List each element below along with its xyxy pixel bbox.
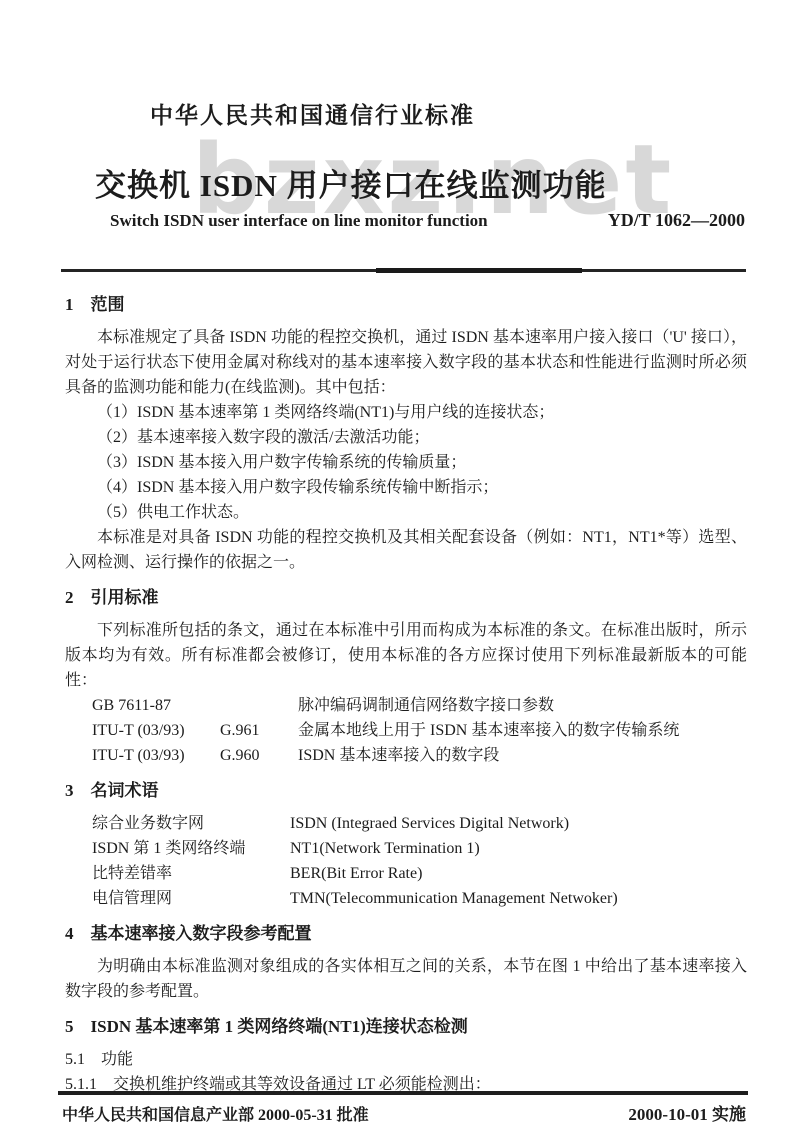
section-5-1-heading: 5.1 功能 xyxy=(65,1047,747,1072)
document-body: 1 范围 本标准规定了具备 ISDN 功能的程控交换机，通过 ISDN 基本速率… xyxy=(65,292,747,1097)
term-cn: 综合业务数字网 xyxy=(92,811,290,836)
footer: 中华人民共和国信息产业部 2000-05-31 批准 2000-10-01 实施 xyxy=(62,1100,746,1125)
term-cn: ISDN 第 1 类网络终端 xyxy=(92,836,290,861)
implementation-date: 2000-10-01 实施 xyxy=(628,1100,746,1125)
scope-list-item: （3）ISDN 基本接入用户数字传输系统的传输质量； xyxy=(65,450,747,475)
document-title-cn: 交换机 ISDN 用户接口在线监测功能 xyxy=(95,160,607,205)
section-1-heading: 1 范围 xyxy=(65,292,747,317)
scope-list-item: （5）供电工作状态。 xyxy=(65,500,747,525)
section-4-heading: 4 基本速率接入数字段参考配置 xyxy=(65,921,747,946)
references-intro: 下列标准所包括的条文，通过在本标准中引用而构成为本标准的条文。在标准出版时，所示… xyxy=(65,618,747,693)
term-en: BER(Bit Error Rate) xyxy=(290,861,747,886)
reference-title: ISDN 基本速率接入的数字段 xyxy=(298,743,747,768)
footer-divider xyxy=(58,1091,748,1095)
reference-code: ITU-T (03/93) xyxy=(92,743,220,768)
document-title-en: Switch ISDN user interface on line monit… xyxy=(110,211,488,231)
title-subrow: Switch ISDN user interface on line monit… xyxy=(110,210,745,231)
term-en: ISDN (Integraed Services Digital Network… xyxy=(290,811,747,836)
reference-number xyxy=(220,693,298,718)
term-row: 综合业务数字网 ISDN (Integraed Services Digital… xyxy=(65,811,747,836)
reference-number: G.960 xyxy=(220,743,298,768)
section-5-heading: 5 ISDN 基本速率第 1 类网络终端(NT1)连接状态检测 xyxy=(65,1014,747,1039)
term-row: 比特差错率 BER(Bit Error Rate) xyxy=(65,861,747,886)
approval-note: 中华人民共和国信息产业部 2000-05-31 批准 xyxy=(62,1102,369,1125)
header-divider xyxy=(61,269,746,272)
term-cn: 比特差错率 xyxy=(92,861,290,886)
term-en: TMN(Telecommunication Management Netwoke… xyxy=(290,886,747,911)
reference-row: ITU-T (03/93) G.960 ISDN 基本速率接入的数字段 xyxy=(65,743,747,768)
reference-code: GB 7611-87 xyxy=(92,693,220,718)
term-row: ISDN 第 1 类网络终端 NT1(Network Termination 1… xyxy=(65,836,747,861)
standard-number: YD/T 1062—2000 xyxy=(608,210,745,231)
term-cn: 电信管理网 xyxy=(92,886,290,911)
reference-row: GB 7611-87 脉冲编码调制通信网络数字接口参数 xyxy=(65,693,747,718)
term-row: 电信管理网 TMN(Telecommunication Management N… xyxy=(65,886,747,911)
reference-title: 脉冲编码调制通信网络数字接口参数 xyxy=(298,693,747,718)
document-page: 中华人民共和国通信行业标准 bzxz.net 交换机 ISDN 用户接口在线监测… xyxy=(0,0,800,1140)
section-2-heading: 2 引用标准 xyxy=(65,585,747,610)
scope-list-item: （2）基本速率接入数字段的激活/去激活功能； xyxy=(65,425,747,450)
scope-list-item: （4）ISDN 基本接入用户数字段传输系统传输中断指示； xyxy=(65,475,747,500)
reference-title: 金属本地线上用于 ISDN 基本速率接入的数字传输系统 xyxy=(298,718,747,743)
standard-org-line: 中华人民共和国通信行业标准 xyxy=(150,97,475,130)
reference-code: ITU-T (03/93) xyxy=(92,718,220,743)
term-en: NT1(Network Termination 1) xyxy=(290,836,747,861)
reference-number: G.961 xyxy=(220,718,298,743)
scope-paragraph-2: 本标准是对具备 ISDN 功能的程控交换机及其相关配套设备（例如：NT1，NT1… xyxy=(65,525,747,575)
scope-paragraph-1: 本标准规定了具备 ISDN 功能的程控交换机，通过 ISDN 基本速率用户接入接… xyxy=(65,325,747,400)
config-paragraph: 为明确由本标准监测对象组成的各实体相互之间的关系，本节在图 1 中给出了基本速率… xyxy=(65,954,747,1004)
scope-list-item: （1）ISDN 基本速率第 1 类网络终端(NT1)与用户线的连接状态； xyxy=(65,400,747,425)
section-3-heading: 3 名词术语 xyxy=(65,778,747,803)
reference-row: ITU-T (03/93) G.961 金属本地线上用于 ISDN 基本速率接入… xyxy=(65,718,747,743)
